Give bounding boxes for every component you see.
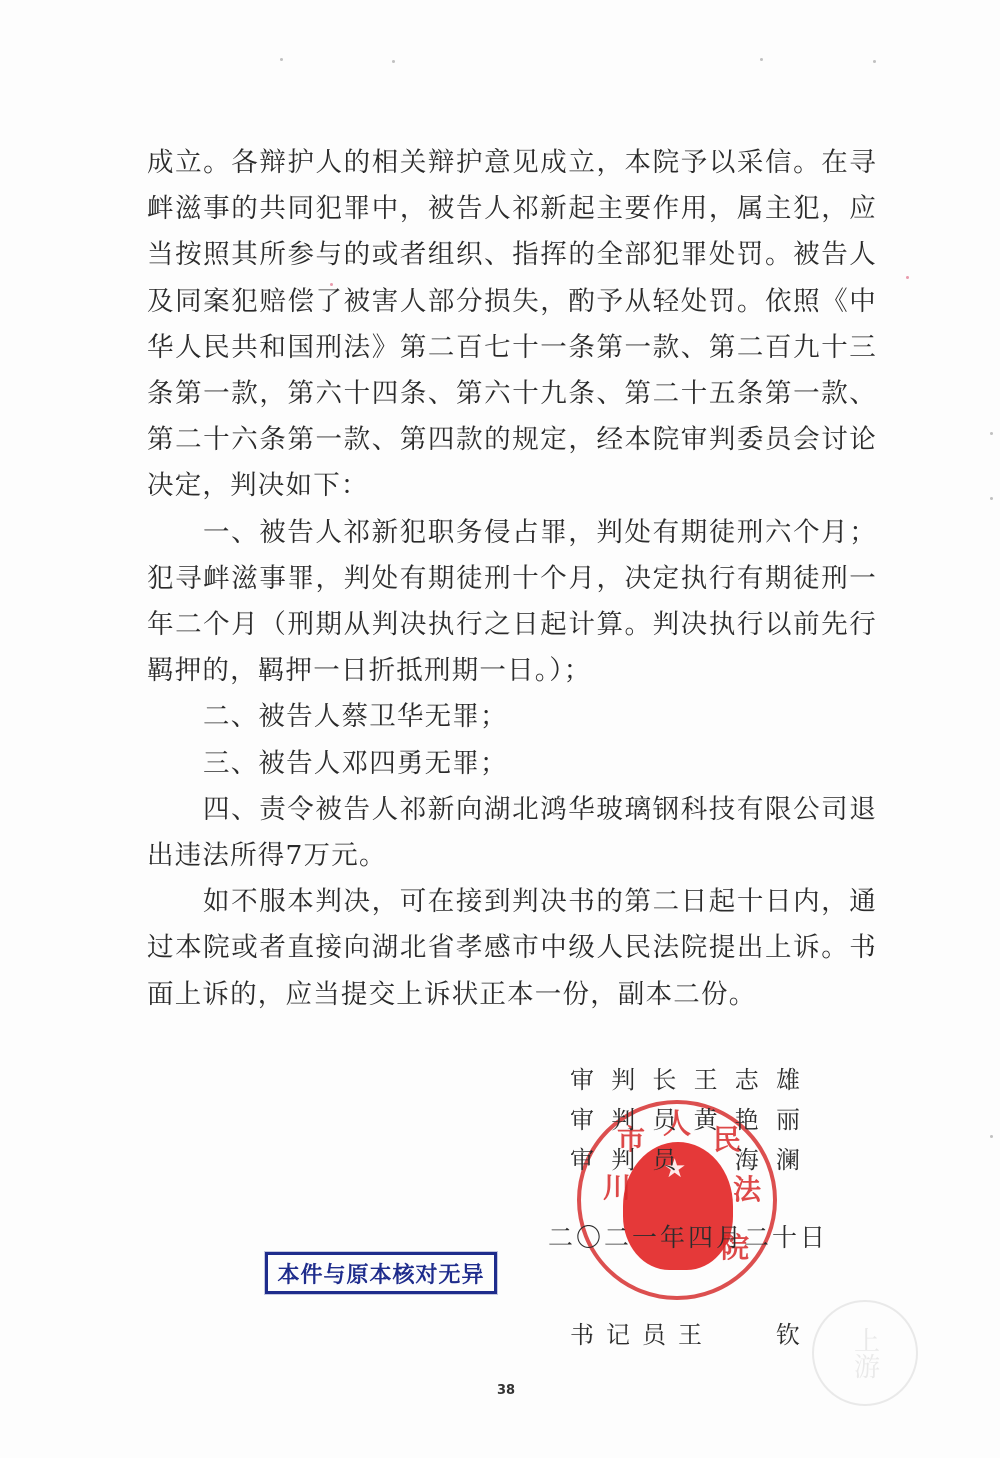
judgment-date: 二〇二一年四月二十日 xyxy=(548,1218,828,1254)
scan-speck xyxy=(990,497,993,500)
title-char: 员 xyxy=(652,1100,676,1140)
title-char: 审 xyxy=(570,1060,594,1100)
text-line: 当按照其所参与的或者组织、指挥的全部犯罪处罚。被告人 xyxy=(147,232,877,278)
name-char-obscured xyxy=(694,1140,718,1180)
title-char: 审 xyxy=(570,1100,594,1140)
text-line: 决定，判决如下： xyxy=(147,463,877,509)
judgment-body: 成立。各辩护人的相关辩护意见成立，本院予以采信。在寻 衅滋事的共同犯罪中，被告人… xyxy=(147,140,877,1018)
text-line: 及同案犯赔偿了被害人部分损失，酌予从轻处罚。依照《中 xyxy=(147,279,877,325)
name-char: 王 xyxy=(678,1315,702,1350)
judges-signatures: 审 判 长 王 志 雄 审 判 员 黄 艳 丽 审 判 员 海 澜 xyxy=(570,1060,800,1180)
title-char: 书 xyxy=(570,1315,594,1350)
title-char: 判 xyxy=(611,1060,635,1100)
text-line: 华人民共和国刑法》第二百七十一条第一款、第二百九十三 xyxy=(147,325,877,371)
watermark-logo: 上游 xyxy=(812,1300,918,1406)
scan-speck xyxy=(990,1135,993,1138)
text-line: 羁押的，羁押一日折抵刑期一日。）； xyxy=(147,648,877,694)
paragraph-verdict-2: 二、被告人蔡卫华无罪； xyxy=(147,694,877,740)
text-line: 条第一款，第六十四条、第六十九条、第二十五条第一款、 xyxy=(147,371,877,417)
judge-2: 审 判 员 黄 艳 丽 xyxy=(570,1100,800,1140)
text-line: 犯寻衅滋事罪，判处有期徒刑十个月，决定执行有期徒刑一 xyxy=(147,556,877,602)
judge-3: 审 判 员 海 澜 xyxy=(570,1140,800,1180)
text-line: 二、被告人蔡卫华无罪； xyxy=(147,694,877,740)
scan-speck xyxy=(392,60,395,63)
name-char: 王 xyxy=(694,1060,718,1100)
title-char: 审 xyxy=(570,1140,594,1180)
text-line: 如不服本判决，可在接到判决书的第二日起十日内，通 xyxy=(147,879,877,925)
title-char: 判 xyxy=(611,1140,635,1180)
paragraph-verdict-3: 三、被告人邓四勇无罪； xyxy=(147,741,877,787)
title-char: 判 xyxy=(611,1100,635,1140)
text-line: 出违法所得7万元。 xyxy=(147,833,877,879)
title-char: 员 xyxy=(652,1140,676,1180)
clerk-signature: 书 记 员 王 钦 xyxy=(570,1315,800,1350)
text-line: 过本院或者直接向湖北省孝感市中级人民法院提出上诉。书 xyxy=(147,925,877,971)
scan-speck xyxy=(906,276,909,279)
certified-copy-stamp: 本件与原本核对无异 xyxy=(265,1252,497,1294)
scan-speck xyxy=(760,58,763,61)
name-char: 钦 xyxy=(776,1315,800,1350)
scan-speck xyxy=(280,58,283,61)
title-char: 长 xyxy=(652,1060,676,1100)
title-char: 记 xyxy=(606,1315,630,1350)
name-char: 海 xyxy=(735,1140,759,1180)
document-page: 成立。各辩护人的相关辩护意见成立，本院予以采信。在寻 衅滋事的共同犯罪中，被告人… xyxy=(0,0,1000,1458)
name-char: 澜 xyxy=(776,1140,800,1180)
name-char: 雄 xyxy=(776,1060,800,1100)
name-char: 志 xyxy=(735,1060,759,1100)
text-line: 第二十六条第一款、第四款的规定，经本院审判委员会讨论 xyxy=(147,417,877,463)
spacer xyxy=(714,1315,764,1350)
scan-speck xyxy=(873,60,876,63)
title-char: 员 xyxy=(642,1315,666,1350)
text-line: 成立。各辩护人的相关辩护意见成立，本院予以采信。在寻 xyxy=(147,140,877,186)
text-line: 面上诉的，应当提交上诉状正本一份，副本二份。 xyxy=(147,972,877,1018)
text-line: 衅滋事的共同犯罪中，被告人祁新起主要作用，属主犯，应 xyxy=(147,186,877,232)
presiding-judge: 审 判 长 王 志 雄 xyxy=(570,1060,800,1100)
scan-speck xyxy=(330,283,333,286)
paragraph-reasoning: 成立。各辩护人的相关辩护意见成立，本院予以采信。在寻 衅滋事的共同犯罪中，被告人… xyxy=(147,140,877,510)
text-line: 年二个月（刑期从判决执行之日起计算。判决执行以前先行 xyxy=(147,602,877,648)
name-char: 艳 xyxy=(735,1100,759,1140)
name-char: 丽 xyxy=(776,1100,800,1140)
text-line: 四、责令被告人祁新向湖北鸿华玻璃钢科技有限公司退 xyxy=(147,787,877,833)
text-line: 一、被告人祁新犯职务侵占罪，判处有期徒刑六个月； xyxy=(147,510,877,556)
paragraph-verdict-1: 一、被告人祁新犯职务侵占罪，判处有期徒刑六个月； 犯寻衅滋事罪，判处有期徒刑十个… xyxy=(147,510,877,695)
text-line: 三、被告人邓四勇无罪； xyxy=(147,741,877,787)
paragraph-appeal-notice: 如不服本判决，可在接到判决书的第二日起十日内，通 过本院或者直接向湖北省孝感市中… xyxy=(147,879,877,1018)
name-char: 黄 xyxy=(694,1100,718,1140)
paragraph-verdict-4: 四、责令被告人祁新向湖北鸿华玻璃钢科技有限公司退 出违法所得7万元。 xyxy=(147,787,877,879)
page-number: 38 xyxy=(497,1383,515,1398)
scan-speck xyxy=(990,432,993,435)
